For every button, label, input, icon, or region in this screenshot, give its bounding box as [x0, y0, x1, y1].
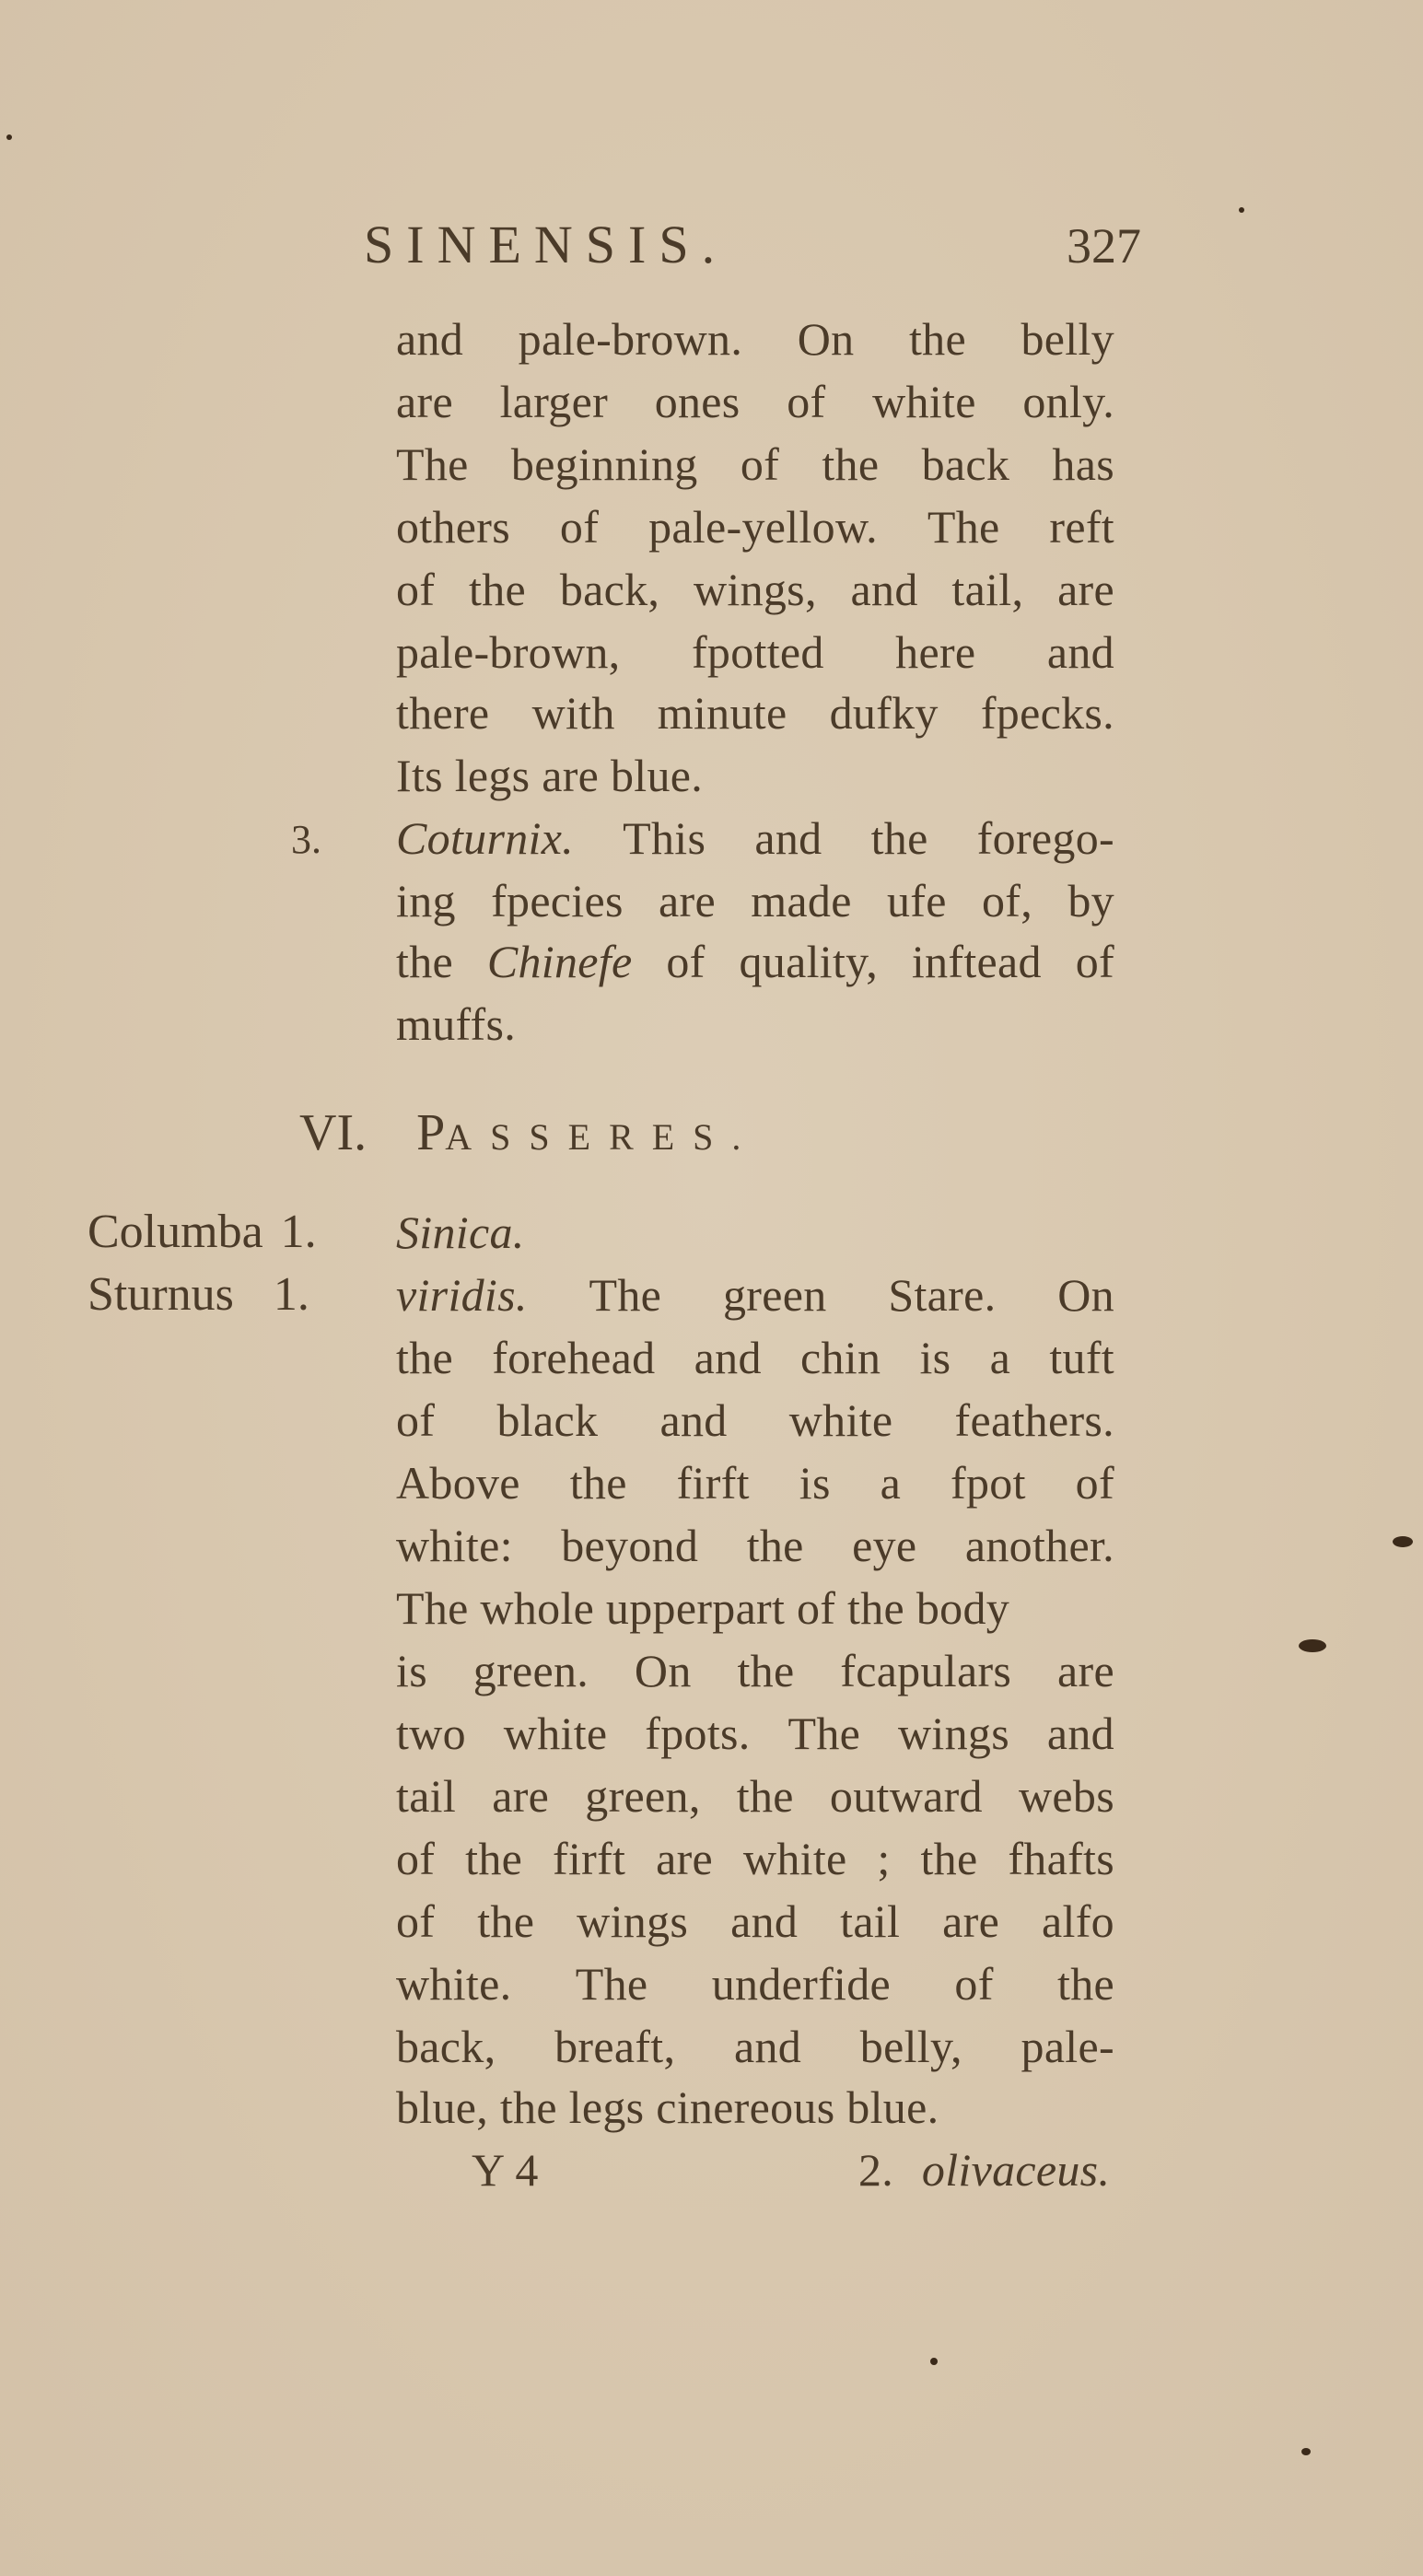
genus-name: Sturnus: [87, 1268, 234, 1321]
word: back,: [396, 2019, 496, 2074]
word: of,: [982, 873, 1032, 928]
word: are: [396, 374, 453, 429]
word: fcapulars: [840, 1643, 1011, 1698]
word: and: [1047, 1706, 1114, 1761]
word: On: [798, 311, 855, 367]
word: The: [396, 437, 469, 492]
word: the: [920, 1831, 977, 1886]
word: the: [1057, 1956, 1114, 2011]
section-title-initial: P: [416, 1104, 445, 1161]
word: of: [1076, 934, 1114, 989]
word: are: [1057, 1643, 1114, 1698]
word: white: [743, 1831, 847, 1886]
word: the: [871, 810, 928, 866]
word: two: [396, 1706, 466, 1761]
word: of: [396, 562, 435, 617]
text-line: ingfpeciesaremadeufeof,by: [396, 873, 1114, 928]
word: On: [635, 1643, 692, 1698]
word: firft: [677, 1455, 750, 1510]
word: tuft: [1049, 1330, 1114, 1385]
word: outward: [830, 1768, 983, 1824]
word: the: [477, 1894, 534, 1949]
word: larger: [500, 374, 608, 429]
word: is: [919, 1330, 951, 1385]
word: wings: [577, 1894, 688, 1949]
genus-label: Sturnus 1.: [87, 1267, 309, 1322]
section-numeral: VI.: [299, 1104, 367, 1161]
word: ufe: [887, 873, 947, 928]
word: back: [922, 437, 1010, 492]
text-line: ofblackandwhitefeathers.: [396, 1393, 1114, 1448]
paper-speck: [1393, 1536, 1413, 1547]
species-name: viridis.: [396, 1267, 528, 1323]
word: green,: [585, 1768, 700, 1824]
word: there: [396, 685, 489, 740]
word: are: [659, 873, 716, 928]
text-line: ofthefirftarewhite;thefhafts: [396, 1831, 1114, 1886]
word: and: [730, 1894, 798, 1949]
text-line: blue, the legs cinereous blue.: [396, 2080, 939, 2135]
word: webs: [1019, 1768, 1114, 1824]
signature-mark: Y 4: [472, 2142, 539, 2197]
text-line: theforeheadandchinisatuft: [396, 1330, 1114, 1385]
word: pale-: [1021, 2019, 1114, 2074]
text-line: Its legs are blue.: [396, 748, 703, 803]
word: white: [872, 374, 976, 429]
word: green: [723, 1267, 827, 1323]
text-line: ofthewingsandtailarealfo: [396, 1894, 1114, 1949]
word: only.: [1022, 374, 1114, 429]
word: are: [942, 1894, 999, 1949]
text-line: back,breaft,andbelly,pale-: [396, 2019, 1114, 2074]
word: a: [990, 1330, 1011, 1385]
text-line: Coturnix. This and the forego-: [396, 810, 1114, 866]
catchword-number: 2.: [858, 2144, 893, 2196]
text-line: isgreen.Onthefcapularsare: [396, 1643, 1114, 1698]
text-line: tailaregreen,theoutwardwebs: [396, 1768, 1114, 1824]
word: and: [754, 810, 822, 866]
paper-speck: [6, 134, 12, 140]
word: the: [469, 562, 526, 617]
paper-speck: [1301, 2448, 1311, 2455]
word: ;: [877, 1831, 890, 1886]
word: beyond: [561, 1518, 698, 1573]
text-line: oftheback,wings,andtail,are: [396, 562, 1114, 617]
word: fhafts: [1008, 1831, 1114, 1886]
word: fpotted: [692, 624, 824, 680]
running-head: SINENSIS.: [364, 214, 728, 275]
genus-number: 1.: [281, 1206, 317, 1258]
word: white:: [396, 1518, 513, 1573]
word: tail: [840, 1894, 900, 1949]
word: chin: [800, 1330, 881, 1385]
page-number: 327: [1067, 217, 1141, 274]
word: fpecks.: [981, 685, 1114, 740]
word: pale-brown,: [396, 624, 621, 680]
word: fpots.: [645, 1706, 750, 1761]
word: wings: [898, 1706, 1009, 1761]
word: are: [1057, 562, 1114, 617]
section-heading: VI. PASSERES.: [299, 1103, 759, 1162]
word: Chinefe: [487, 934, 633, 989]
word: here: [895, 624, 975, 680]
word: white.: [396, 1956, 511, 2011]
word: are: [656, 1831, 713, 1886]
word: of: [396, 1831, 435, 1886]
text-line: Thebeginningofthebackhas: [396, 437, 1114, 492]
word: black: [496, 1393, 598, 1448]
word: of: [560, 499, 599, 554]
word: firft: [553, 1831, 625, 1886]
word: tail,: [951, 562, 1023, 617]
word: feathers.: [955, 1393, 1114, 1448]
word: and: [1047, 624, 1114, 680]
word: the: [737, 1643, 794, 1698]
word: the: [747, 1518, 804, 1573]
word: forehead: [492, 1330, 655, 1385]
word: a: [881, 1455, 902, 1510]
paper-speck: [1299, 1639, 1326, 1652]
text-line: white.Theunderfideofthe: [396, 1956, 1114, 2011]
word: the: [465, 1831, 522, 1886]
word: pale-yellow.: [648, 499, 878, 554]
word: is: [396, 1643, 427, 1698]
text-line: muffs.: [396, 997, 516, 1052]
text-line: pale-brown,fpottedhereand: [396, 624, 1114, 680]
word: minute: [658, 685, 787, 740]
word: the: [396, 934, 453, 989]
word: Stare.: [888, 1267, 996, 1323]
word: and: [659, 1393, 727, 1448]
word: wings,: [694, 562, 817, 617]
word: another.: [965, 1518, 1114, 1573]
text-line: therewithminutedufkyfpecks.: [396, 685, 1114, 740]
word: of: [1076, 1455, 1114, 1510]
text-line: Abovethefirftisafpotof: [396, 1455, 1114, 1510]
word: quality,: [740, 934, 879, 989]
word: inftead: [912, 934, 1042, 989]
word: and: [694, 1330, 762, 1385]
text-line: the Chinefe of quality, inftead of: [396, 934, 1114, 989]
species-name: Coturnix.: [396, 810, 574, 866]
word: forego-: [977, 810, 1114, 866]
word: eye: [852, 1518, 916, 1573]
word: ing: [396, 873, 456, 928]
catchword: 2. olivaceus.: [858, 2142, 1110, 2197]
paper-speck: [1239, 207, 1244, 213]
species-name: Sinica.: [396, 1205, 525, 1260]
word: breaft,: [554, 2019, 675, 2074]
word: back,: [560, 562, 659, 617]
word: the: [822, 437, 879, 492]
word: dufky: [830, 685, 939, 740]
word: The: [787, 1706, 860, 1761]
word: the: [737, 1768, 794, 1824]
word: the: [396, 1330, 453, 1385]
word: belly: [1021, 311, 1114, 367]
genus-label: Columba 1.: [87, 1205, 317, 1259]
word: made: [751, 873, 851, 928]
word: underfide: [712, 1956, 891, 2011]
word: the: [570, 1455, 627, 1510]
word: white: [789, 1393, 893, 1448]
word: This: [623, 810, 706, 866]
word: fpot: [951, 1455, 1026, 1510]
word: of: [396, 1894, 435, 1949]
word: others: [396, 499, 510, 554]
word: The: [927, 499, 1000, 554]
catchword-species: olivaceus.: [922, 2144, 1110, 2196]
word: fpecies: [491, 873, 624, 928]
word: belly,: [860, 2019, 962, 2074]
text-line: white:beyondtheeyeanother.: [396, 1518, 1114, 1573]
word: and: [851, 562, 918, 617]
section-title-rest: ASSERES.: [445, 1116, 759, 1158]
word: and: [734, 2019, 801, 2074]
text-line: viridis. The green Stare. On: [396, 1267, 1114, 1323]
word: with: [532, 685, 615, 740]
word: ones: [655, 374, 741, 429]
text-line: twowhitefpots.Thewingsand: [396, 1706, 1114, 1761]
entry-number: 3.: [291, 816, 321, 863]
word: tail: [396, 1768, 456, 1824]
word: On: [1057, 1267, 1114, 1323]
word: green.: [473, 1643, 589, 1698]
book-page: SINENSIS. 327 andpale-brown.Onthebelly a…: [0, 0, 1423, 2576]
word: reft: [1049, 499, 1114, 554]
word: of: [396, 1393, 435, 1448]
text-line: The whole upperpart of the body: [396, 1580, 1009, 1636]
word: of: [741, 437, 779, 492]
word: Above: [396, 1455, 520, 1510]
word: the: [909, 311, 966, 367]
word: are: [492, 1768, 549, 1824]
word: The: [589, 1267, 662, 1323]
word: beginning: [511, 437, 698, 492]
word: by: [1067, 873, 1114, 928]
word: The: [576, 1956, 648, 2011]
word: of: [666, 934, 705, 989]
word: white: [504, 1706, 608, 1761]
word: has: [1052, 437, 1114, 492]
genus-name: Columba: [87, 1206, 263, 1258]
genus-number: 1.: [274, 1268, 309, 1321]
word: of: [954, 1956, 993, 2011]
word: is: [799, 1455, 831, 1510]
word: pale-brown.: [519, 311, 743, 367]
text-line: andpale-brown.Onthebelly: [396, 311, 1114, 367]
text-line: othersofpale-yellow.Thereft: [396, 499, 1114, 554]
word: of: [787, 374, 825, 429]
text-line: arelargeronesofwhiteonly.: [396, 374, 1114, 429]
paper-speck: [930, 2358, 938, 2365]
word: alfo: [1042, 1894, 1114, 1949]
word: and: [396, 311, 463, 367]
